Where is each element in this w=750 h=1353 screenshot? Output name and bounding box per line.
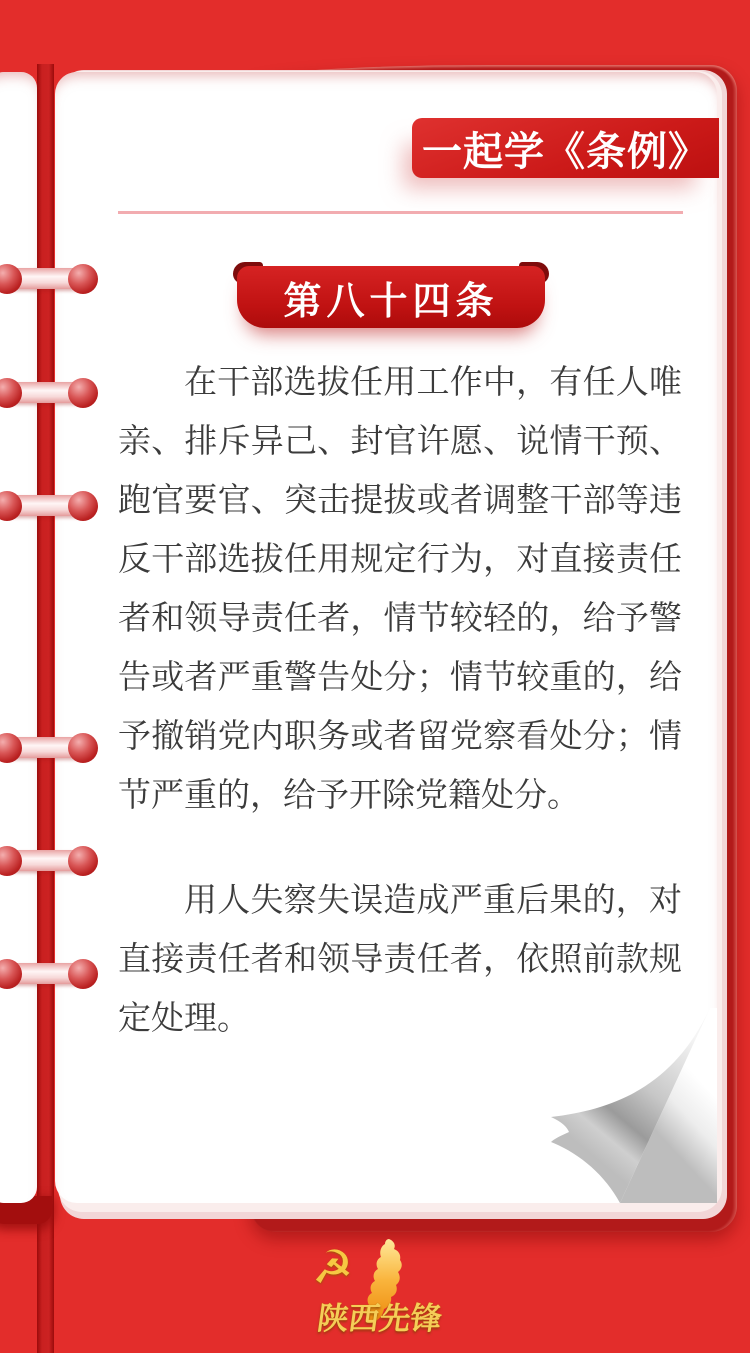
article-badge-body: 第八十四条 — [237, 266, 545, 328]
divider-line — [118, 211, 683, 214]
left-page-edge — [0, 72, 37, 1203]
page-curl — [517, 991, 717, 1203]
footer-logo: ☭ 陕西先锋 — [290, 1238, 470, 1338]
notebook-spine — [37, 64, 54, 1353]
header-banner: 一起学《条例》 — [412, 118, 719, 178]
binder-ring — [0, 733, 98, 763]
party-emblem-icon: ☭ — [312, 1244, 353, 1290]
header-banner-label: 一起学《条例》 — [422, 120, 709, 177]
article-badge-label: 第八十四条 — [283, 270, 498, 325]
binder-ring-end — [68, 491, 98, 521]
binder-ring-end — [68, 959, 98, 989]
binder-ring — [0, 264, 98, 294]
binder-ring — [0, 846, 98, 876]
brand-name: 陕西先锋 — [287, 1293, 473, 1338]
article-paragraph: 在干部选拔任用工作中，有任人唯亲、排斥异己、封官许愿、说情干预、跑官要官、突击提… — [118, 352, 682, 824]
binder-ring-end — [68, 264, 98, 294]
article-text: 在干部选拔任用工作中，有任人唯亲、排斥异己、封官许愿、说情干预、跑官要官、突击提… — [118, 352, 682, 1047]
binder-ring — [0, 491, 98, 521]
binder-ring-end — [68, 846, 98, 876]
poster-canvas: 一起学《条例》 第八十四条 在干部选拔任用工作中，有任人唯亲、排斥异己、封官许愿… — [0, 0, 750, 1353]
page-curl-graphic — [517, 991, 717, 1203]
binder-ring — [0, 959, 98, 989]
binder-ring-end — [68, 733, 98, 763]
article-badge: 第八十四条 — [237, 262, 545, 328]
binder-ring — [0, 378, 98, 408]
binder-ring-end — [68, 378, 98, 408]
